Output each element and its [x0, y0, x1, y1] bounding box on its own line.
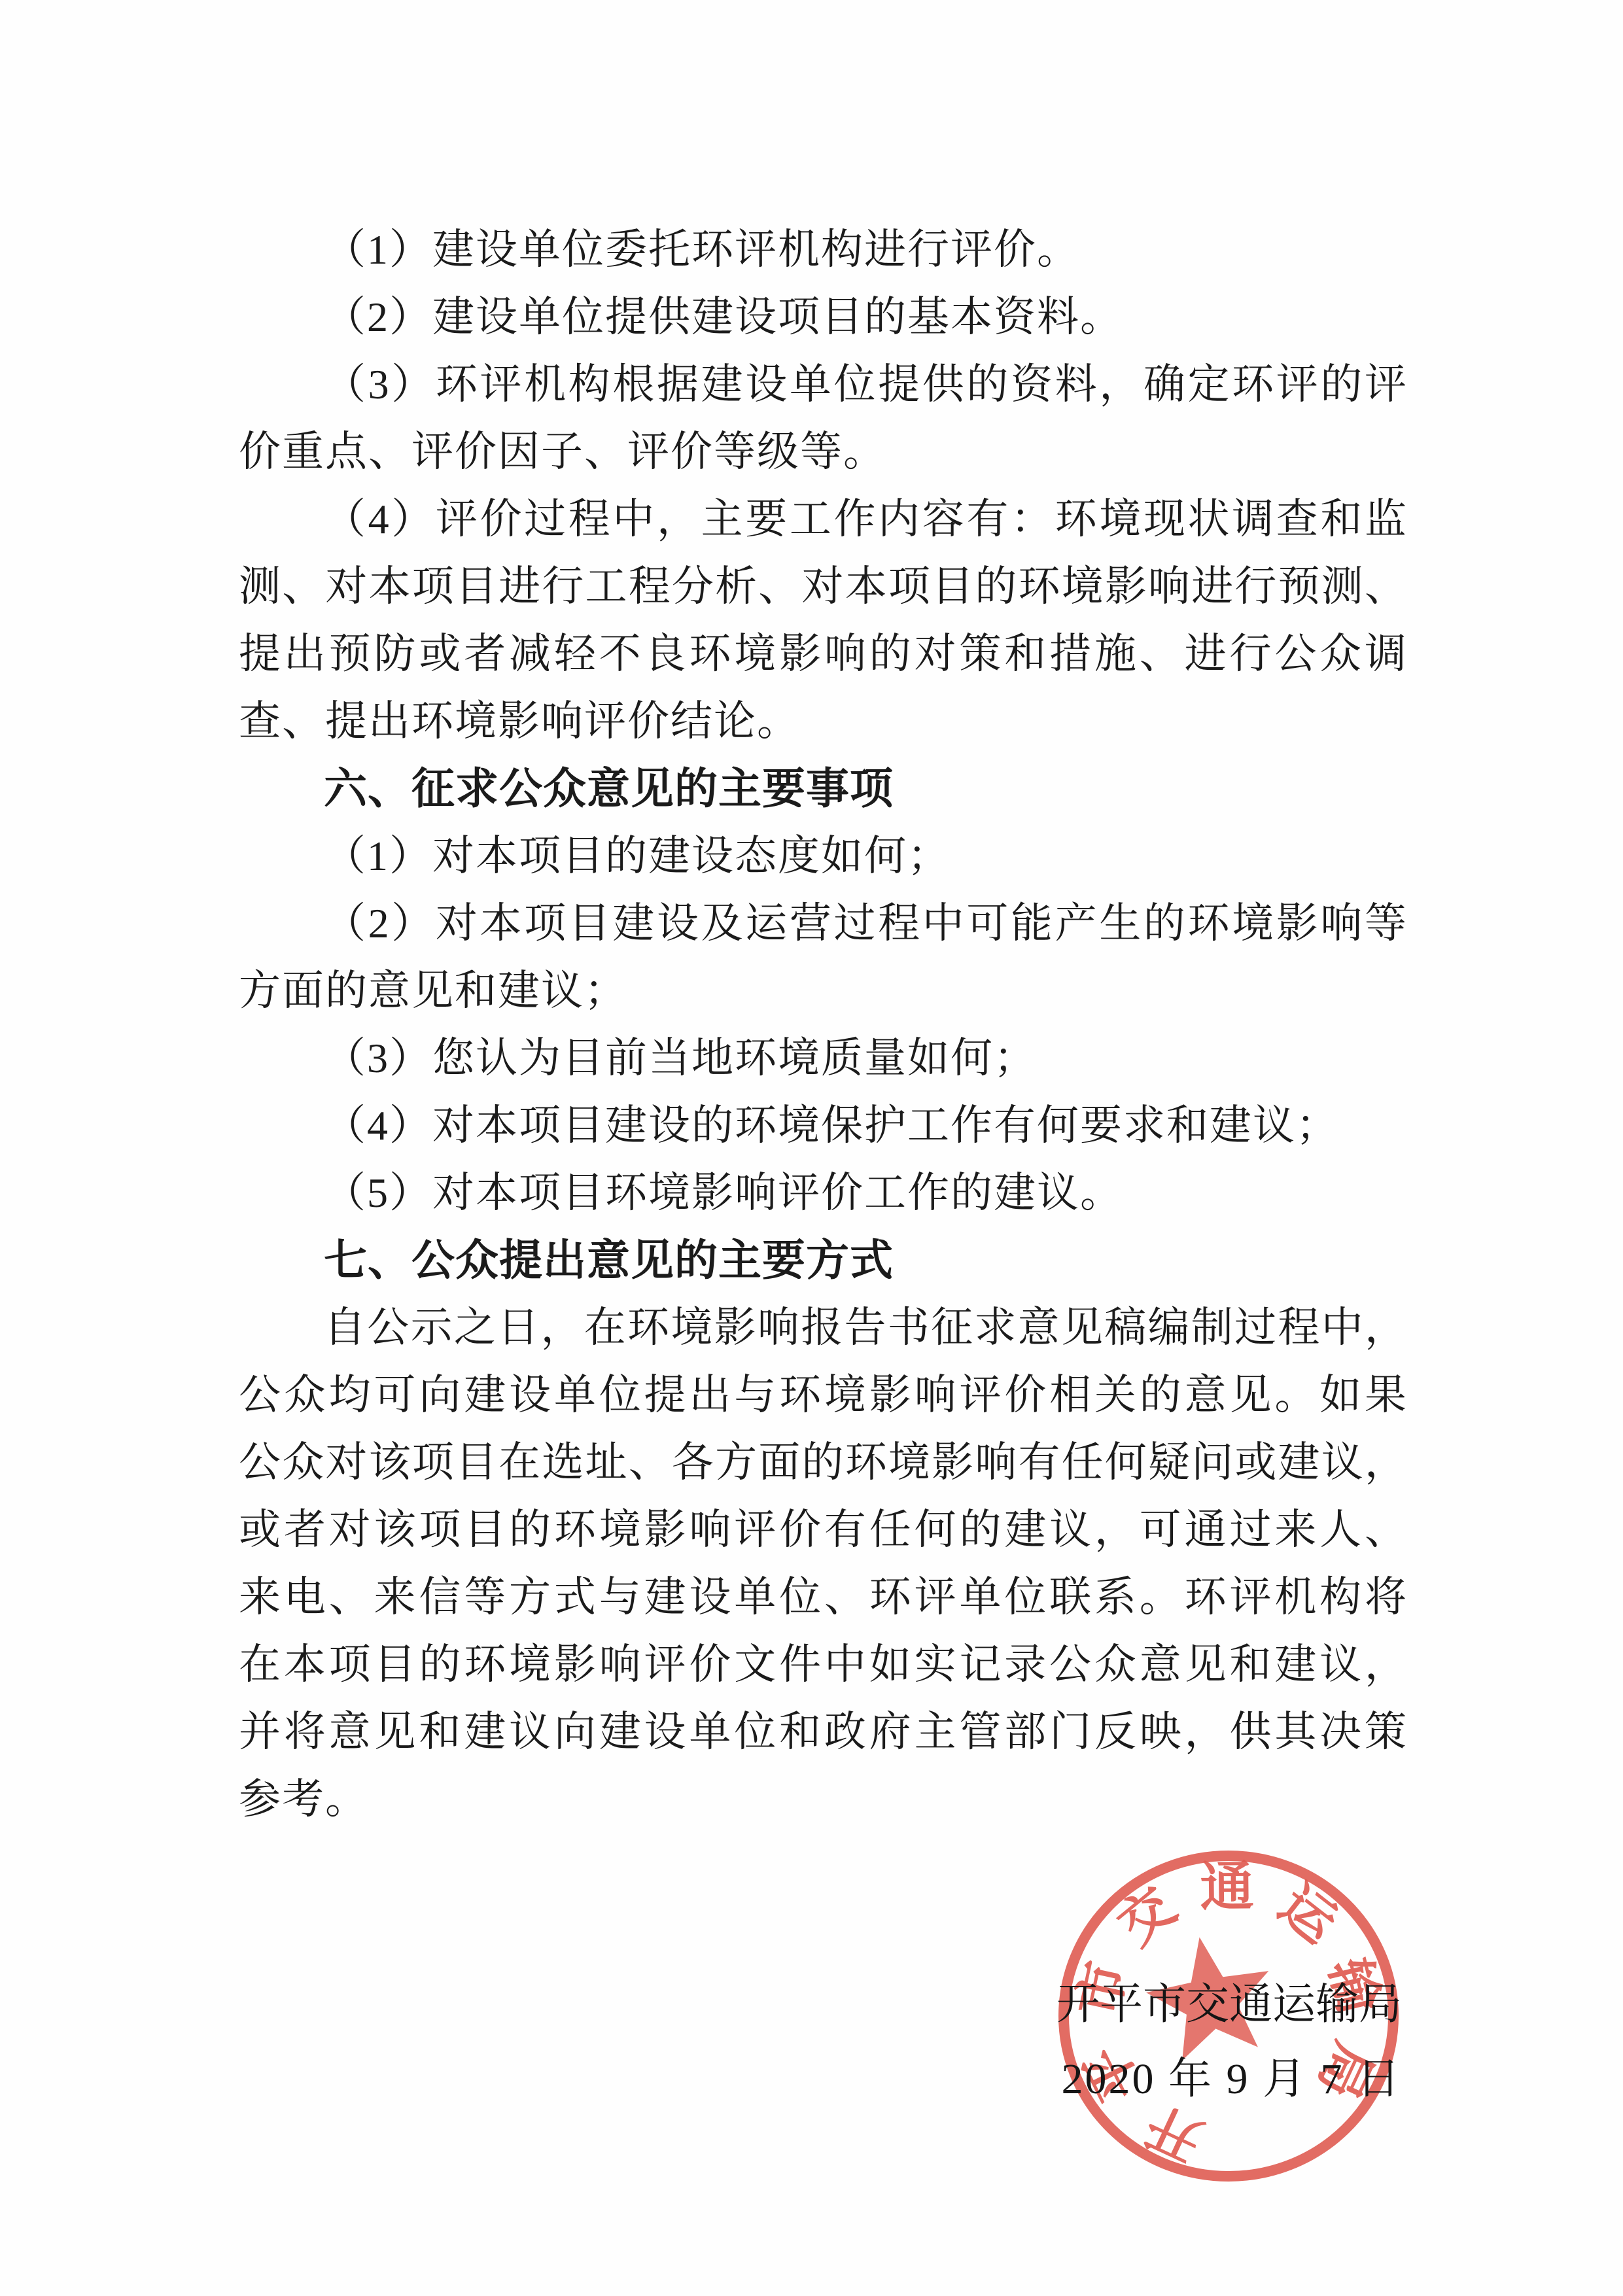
section-heading-6: 六、征求公众意见的主要事项: [239, 755, 1408, 822]
seal-char: 交: [1108, 1876, 1187, 1956]
body-line: （1）对本项目的建设态度如何；: [239, 822, 1408, 890]
body-line: （1）建设单位委托环评机构进行评价。: [239, 216, 1408, 283]
signature-block: 开平市交通运输局 2020 年 9 月 7 日: [1056, 1968, 1402, 2117]
document-body: （1）建设单位委托环评机构进行评价。 （2）建设单位提供建设项目的基本资料。 （…: [239, 216, 1408, 1833]
body-line: （3）环评机构根据建设单位提供的资料，确定环评的评: [239, 351, 1408, 418]
body-line: 方面的意见和建议；: [239, 957, 1408, 1024]
body-line: 自公示之日，在环境影响报告书征求意见稿编制过程中，: [239, 1294, 1408, 1361]
body-line: 来电、来信等方式与建设单位、环评单位联系。环评机构将: [239, 1563, 1408, 1631]
body-line: （2）对本项目建设及运营过程中可能产生的环境影响等: [239, 890, 1408, 957]
body-line: 查、提出环境影响评价结论。: [239, 687, 1408, 755]
body-line: 公众均可向建设单位提出与环境影响评价相关的意见。如果: [239, 1361, 1408, 1429]
section-heading-7: 七、公众提出意见的主要方式: [239, 1226, 1408, 1294]
body-line: （4）对本项目建设的环境保护工作有何要求和建议；: [239, 1092, 1408, 1159]
body-line: 或者对该项目的环境影响评价有任何的建议，可通过来人、: [239, 1496, 1408, 1563]
seal-char: 运: [1268, 1874, 1348, 1955]
signature-organization: 开平市交通运输局: [1056, 1968, 1402, 2042]
body-line: 并将意见和建议向建设单位和政府主管部门反映，供其决策: [239, 1698, 1408, 1765]
body-line: 在本项目的环境影响评价文件中如实记录公众意见和建议，: [239, 1631, 1408, 1698]
signature-date: 2020 年 9 月 7 日: [1056, 2042, 1402, 2117]
body-line: （5）对本项目环境影响评价工作的建议。: [239, 1159, 1408, 1226]
body-line: （2）建设单位提供建设项目的基本资料。: [239, 283, 1408, 351]
body-line: 公众对该项目在选址、各方面的环境影响有任何疑问或建议，: [239, 1429, 1408, 1496]
body-line: 测、对本项目进行工程分析、对本项目的环境影响进行预测、: [239, 553, 1408, 620]
body-line: （4）评价过程中，主要工作内容有：环境现状调查和监: [239, 485, 1408, 553]
body-line: （3）您认为目前当地环境质量如何；: [239, 1024, 1408, 1092]
scanned-document-page: （1）建设单位委托环评机构进行评价。 （2）建设单位提供建设项目的基本资料。 （…: [0, 0, 1623, 2296]
body-line: 价重点、评价因子、评价等级等。: [239, 418, 1408, 485]
body-line: 参考。: [239, 1765, 1408, 1833]
body-line: 提出预防或者减轻不良环境影响的对策和措施、进行公众调: [239, 620, 1408, 687]
seal-char: 通: [1200, 1857, 1254, 1917]
